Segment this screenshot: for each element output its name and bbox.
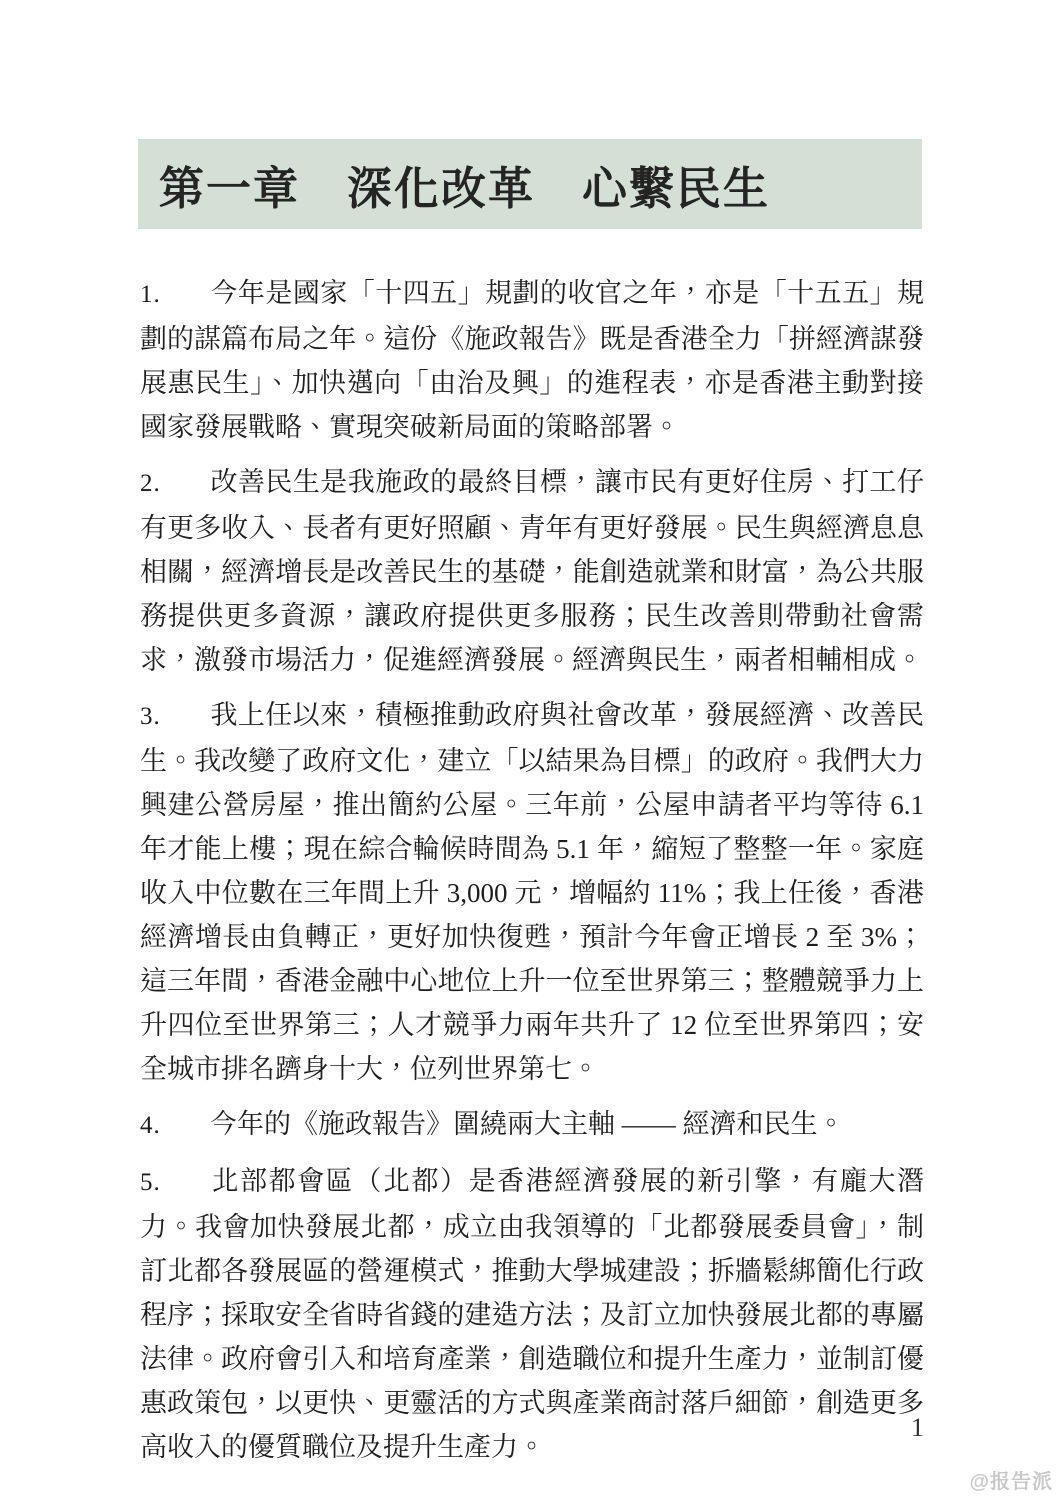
chapter-title: 第一章 深化改革 心繫民生	[138, 152, 770, 217]
paragraph-text: 今年的《施政報告》圍繞兩大主軸 —— 經濟和民生。	[210, 1109, 845, 1139]
chapter-header-band: 第一章 深化改革 心繫民生	[138, 139, 922, 229]
paragraph-list: 1.今年是國家「十四五」規劃的收官之年，亦是「十五五」規劃的謀篇布局之年。這份《…	[140, 271, 924, 1480]
watermark: @报告派	[969, 1465, 1053, 1494]
paragraph-number: 5.	[140, 1161, 210, 1205]
paragraph-number: 3.	[140, 695, 210, 739]
document-page: 第一章 深化改革 心繫民生 1.今年是國家「十四五」規劃的收官之年，亦是「十五五…	[0, 0, 1061, 1500]
paragraph: 3.我上任以來，積極推動政府與社會改革，發展經濟、改善民生。我改變了政府文化，建…	[140, 693, 924, 1091]
paragraph-number: 1.	[140, 273, 210, 317]
paragraph: 4.今年的《施政報告》圍繞兩大主軸 —— 經濟和民生。	[140, 1102, 924, 1148]
paragraph-number: 4.	[140, 1104, 210, 1148]
paragraph: 2.改善民生是我施政的最終目標，讓市民有更好住房、打工仔有更多收入、長者有更好照…	[140, 460, 924, 682]
paragraph-text: 我上任以來，積極推動政府與社會改革，發展經濟、改善民生。我改變了政府文化，建立「…	[140, 700, 924, 1084]
paragraph: 1.今年是國家「十四五」規劃的收官之年，亦是「十五五」規劃的謀篇布局之年。這份《…	[140, 271, 924, 449]
paragraph-number: 2.	[140, 462, 210, 506]
paragraph-text: 今年是國家「十四五」規劃的收官之年，亦是「十五五」規劃的謀篇布局之年。這份《施政…	[140, 278, 924, 442]
paragraph-text: 改善民生是我施政的最終目標，讓市民有更好住房、打工仔有更多收入、長者有更好照顧、…	[140, 467, 924, 675]
page-number: 1	[140, 1413, 924, 1443]
